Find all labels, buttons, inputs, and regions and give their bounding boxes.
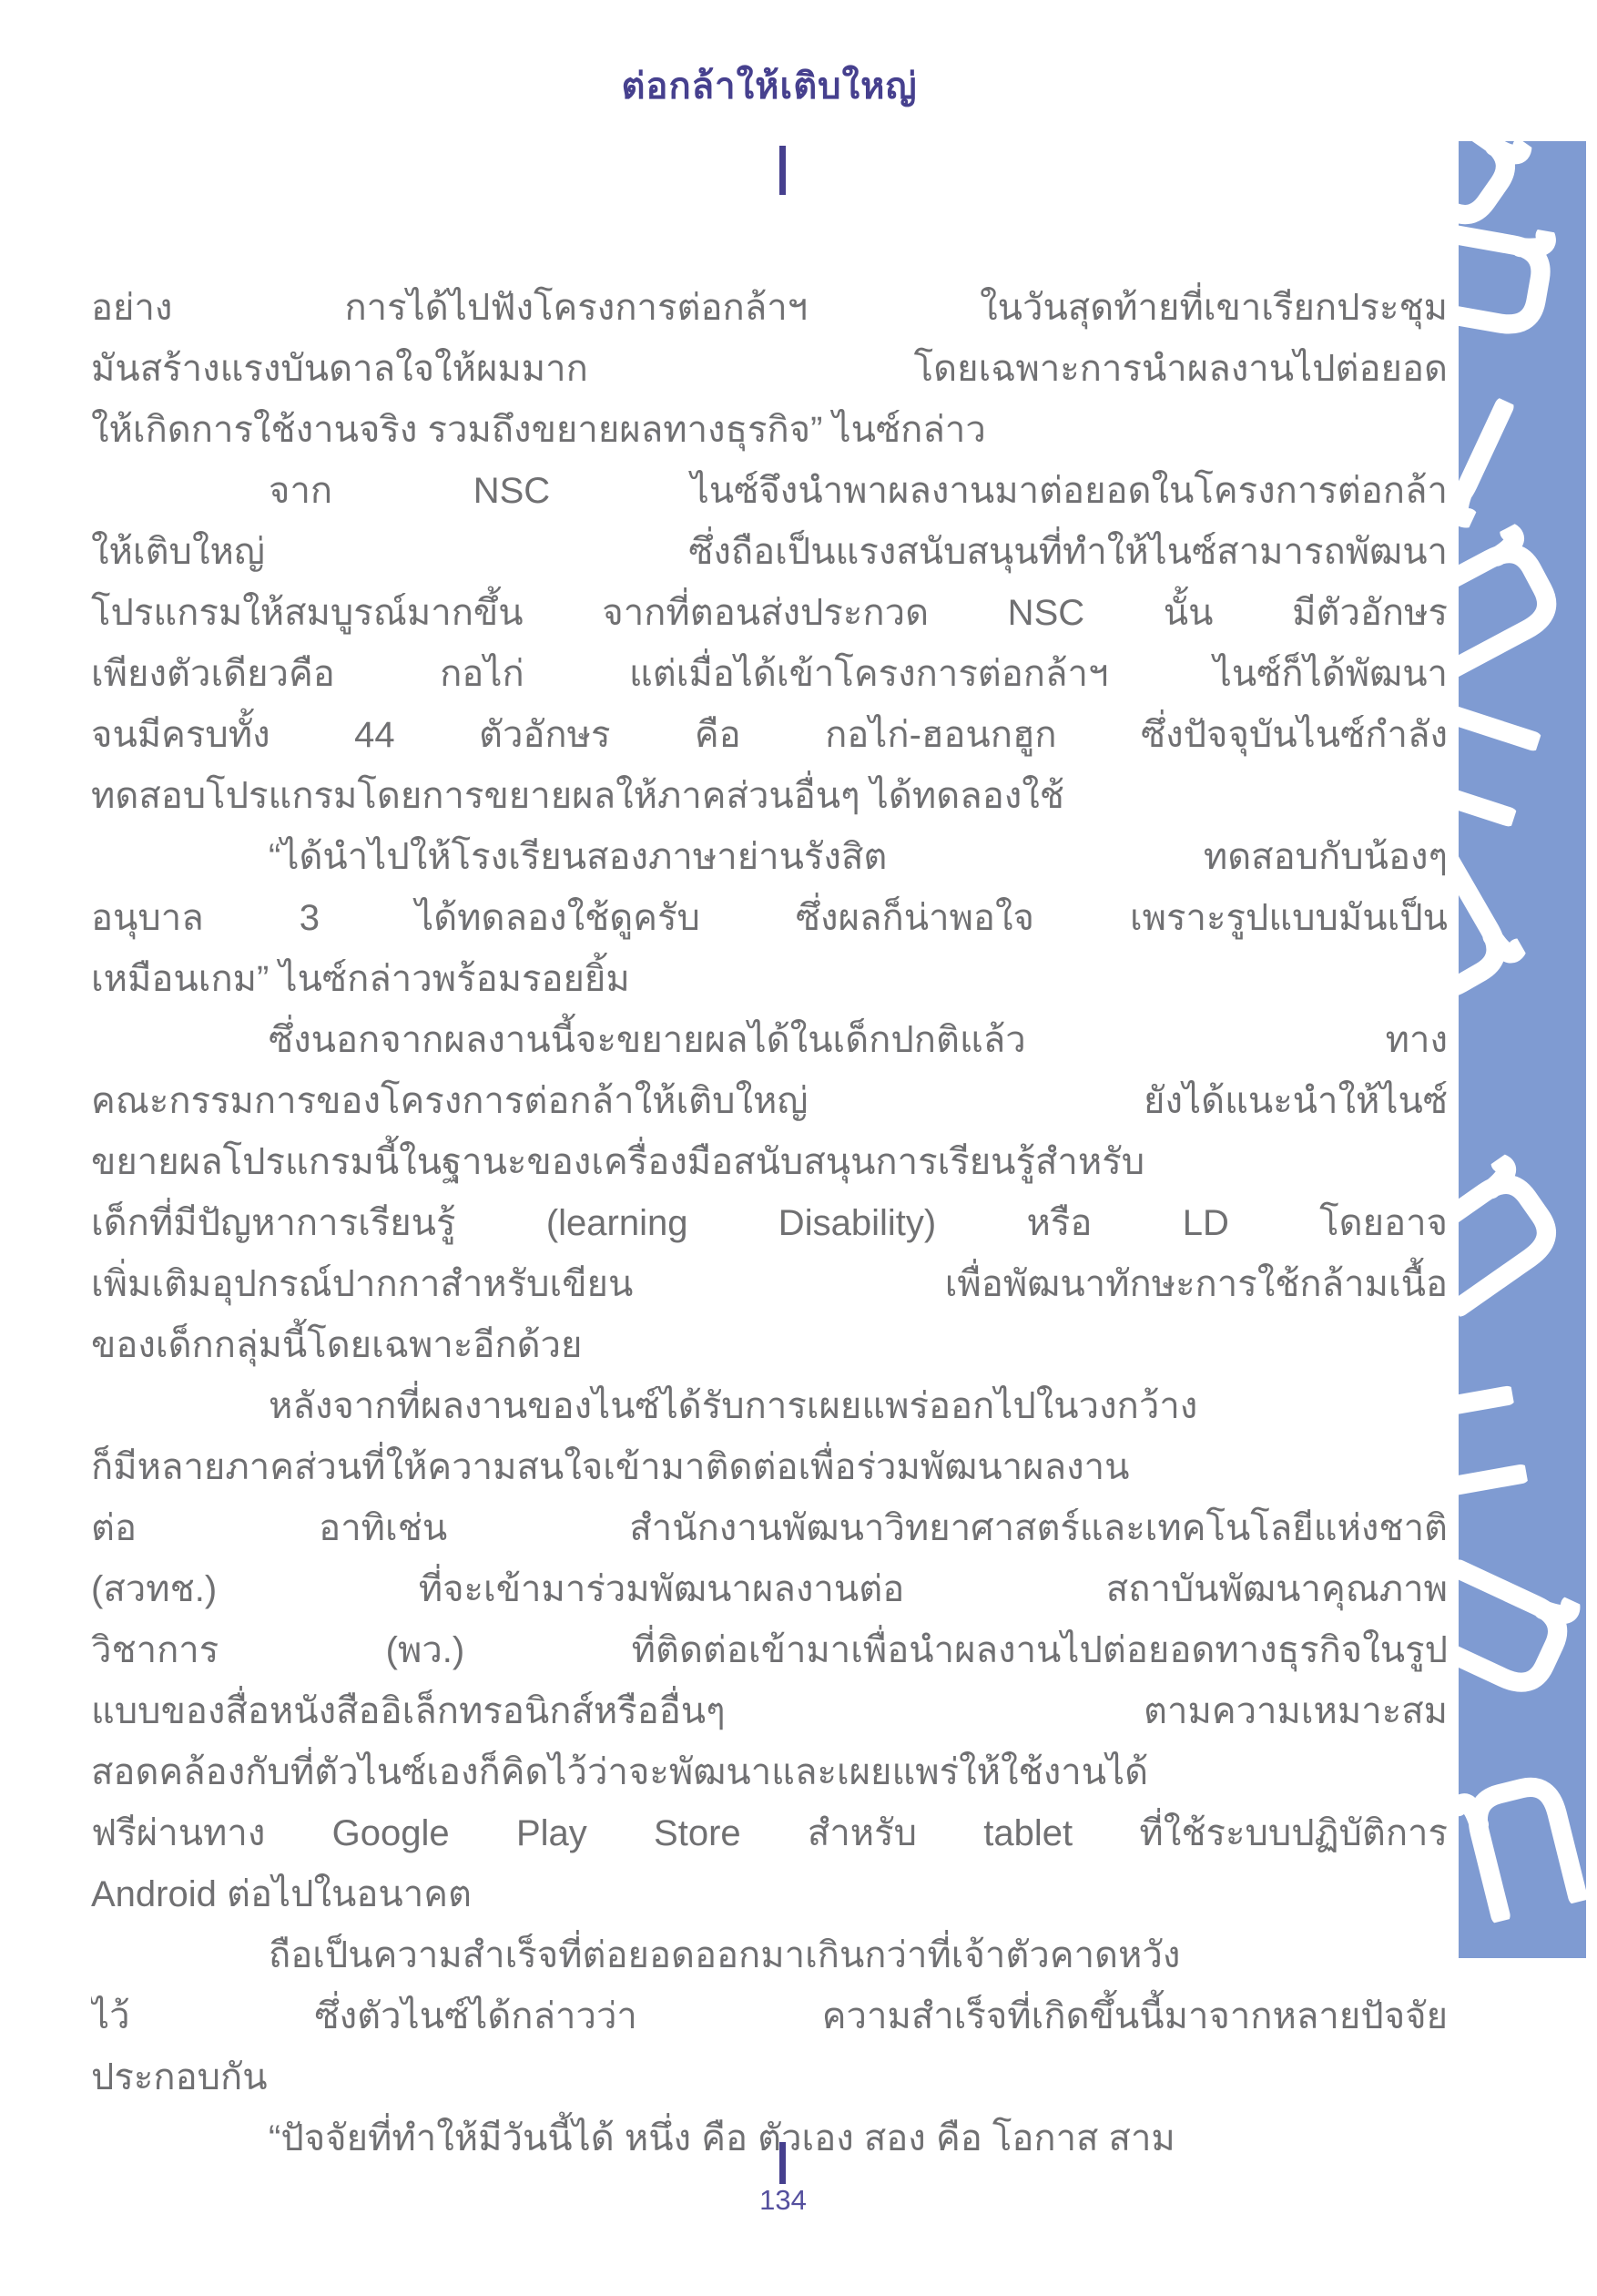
body-line: (สวทช.) ที่จะเข้ามาร่วมพัฒนาผลงานต่อ สถา… (91, 1559, 1448, 1620)
thai-ko-kai-letter-icon (1459, 680, 1544, 837)
body-line: จาก NSC ไนซ์จึงนำพาผลงานมาต่อยอดในโครงกา… (91, 461, 1448, 522)
page-number: 134 (692, 2184, 874, 2217)
body-line: อนุบาล 3 ได้ทดลองใช้ดูครับ ซึ่งผลก็น่าพอ… (91, 888, 1448, 949)
body-line: ฟรีผ่านทาง Google Play Store สำหรับ tabl… (91, 1803, 1448, 1864)
body-line: ให้เติบใหญ่ ซึ่งถือเป็นแรงสนับสนุนที่ทำใ… (91, 522, 1448, 583)
body-line: หลังจากที่ผลงานของไนซ์ได้รับการเผยแพร่ออ… (91, 1376, 1448, 1437)
body-line: วิชาการ (พว.) ที่ติดต่อเข้ามาเพื่อนำผลงา… (91, 1620, 1448, 1681)
body-line: สอดคล้องกับที่ตัวไนซ์เองก็คิดไว้ว่าจะพัฒ… (91, 1742, 1448, 1803)
book-page: ต่อกล้าให้เติบใหญ่ อย่าง การได้ไปฟังโครง… (0, 0, 1597, 2296)
thai-ko-kai-letter-icon (1459, 841, 1531, 1023)
page-title: ต่อกล้าให้เติบใหญ่ (91, 56, 1448, 115)
body-line: ของเด็กกลุ่มนี้โดยเฉพาะอีกด้วย (91, 1315, 1448, 1376)
thai-ko-kai-letter-icon (1459, 1148, 1582, 1326)
footer-divider-bar (779, 2142, 786, 2184)
body-line: แบบของสื่อหนังสืออิเล็กทรอนิกส์หรืออื่นๆ… (91, 1681, 1448, 1742)
body-line: “ปัจจัยที่ทำให้มีวันนี้ได้ หนึ่ง คือ ตัว… (91, 2108, 1448, 2169)
body-line: โปรแกรมให้สมบูรณ์มากขึ้น จากที่ตอนส่งประ… (91, 583, 1448, 644)
body-line: เพียงตัวเดียวคือ กอไก่ แต่เมื่อได้เข้าโค… (91, 644, 1448, 705)
thai-ko-kai-letter-icon (1459, 360, 1524, 538)
body-line: ต่อ อาทิเช่น สำนักงานพัฒนาวิทยาศาสตร์และ… (91, 1498, 1448, 1559)
body-line: ประกอบกัน (91, 2047, 1448, 2108)
thai-ko-kai-letter-icon (1459, 209, 1566, 351)
body-line: ให้เกิดการใช้งานจริง รวมถึงขยายผลทางธุรก… (91, 400, 1448, 461)
sidebar-decoration-strip (1459, 141, 1586, 1958)
body-text-block: อย่าง การได้ไปฟังโครงการต่อกล้าฯ ในวันสุ… (91, 278, 1448, 2169)
body-line: คณะกรรมการของโครงการต่อกล้าให้เติบใหญ่ ย… (91, 1071, 1448, 1132)
thai-ko-kai-letter-icon (1459, 518, 1581, 689)
body-line: อย่าง การได้ไปฟังโครงการต่อกล้าฯ ในวันสุ… (91, 278, 1448, 339)
body-line: จนมีครบทั้ง 44 ตัวอักษร คือ กอไก่-ฮอนกฮู… (91, 705, 1448, 766)
title-divider-bar (779, 146, 786, 195)
body-line: ถือเป็นความสำเร็จที่ต่อยอดออกมาเกินกว่าท… (91, 1925, 1448, 1986)
body-line: เหมือนเกม” ไนซ์กล่าวพร้อมรอยยิ้ม (91, 949, 1448, 1010)
body-line: Android ต่อไปในอนาคต (91, 1864, 1448, 1925)
body-line: ก็มีหลายภาคส่วนที่ให้ความสนใจเข้ามาติดต่… (91, 1437, 1448, 1498)
body-line: เพิ่มเติมอุปกรณ์ปากกาสำหรับเขียน เพื่อพั… (91, 1254, 1448, 1315)
body-line: มันสร้างแรงบันดาลใจให้ผมมาก โดยเฉพาะการน… (91, 339, 1448, 400)
thai-ko-kai-letter-icon (1459, 1549, 1586, 1717)
body-line: เด็กที่มีปัญหาการเรียนรู้ (learning Disa… (91, 1193, 1448, 1254)
body-line: ขยายผลโปรแกรมนี้ในฐานะของเครื่องมือสนับส… (91, 1132, 1448, 1193)
body-line: “ได้นำไปให้โรงเรียนสองภาษาย่านรังสิต ทดส… (91, 827, 1448, 888)
body-line: ทดสอบโปรแกรมโดยการขยายผลให้ภาคส่วนอื่นๆ … (91, 766, 1448, 827)
body-line: ไว้ ซึ่งตัวไนซ์ได้กล่าวว่า ความสำเร็จที่… (91, 1986, 1448, 2047)
thai-ko-kai-letter-icon (1459, 1760, 1586, 1926)
body-line: ซึ่งนอกจากผลงานนี้จะขยายผลได้ในเด็กปกติแ… (91, 1010, 1448, 1071)
thai-ko-kai-letter-icon (1459, 1375, 1530, 1516)
